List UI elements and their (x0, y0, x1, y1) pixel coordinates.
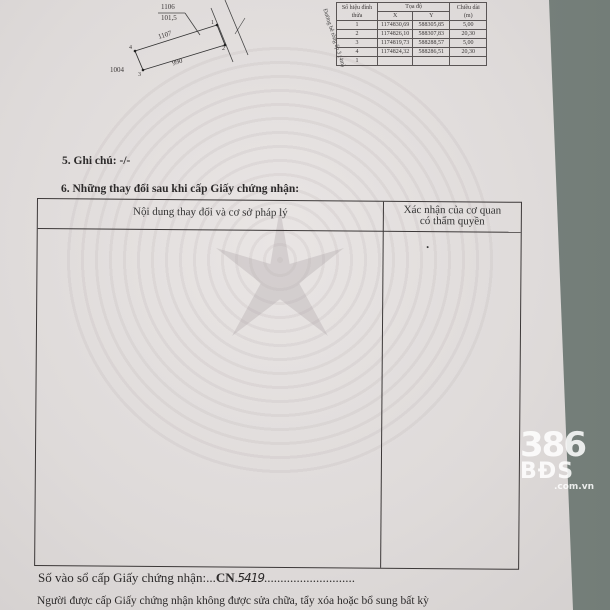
plot-diagram-icon (95, 0, 295, 80)
registration-prefix: CN (216, 570, 235, 585)
cell-length: 5,00 (450, 21, 487, 30)
section-5-notes: 5. Ghi chú: -/- (62, 155, 130, 167)
cell-no: 1 (337, 57, 378, 66)
registration-label: Số vào sổ cấp Giấy chứng nhận:... (38, 570, 216, 585)
table-row: 1 1174830,69 588305,85 5,00 (337, 21, 487, 30)
cell-y: 588288,57 (413, 39, 450, 48)
cell-y: 588307,83 (413, 30, 450, 39)
cell-x: 1174830,69 (378, 21, 413, 30)
cell-y: 588286,51 (413, 48, 450, 57)
header-x: X (378, 12, 413, 21)
table-row: 3 1174819,73 588288,57 5,00 (337, 39, 487, 48)
cell-no: 1 (337, 21, 378, 30)
cell-no: 2 (337, 30, 378, 39)
cell-y: 588305,85 (413, 21, 450, 30)
header-length: Chiều dài (m) (450, 3, 487, 21)
header-coordinates: Tọa độ (378, 3, 450, 12)
cell-length: 5,00 (450, 39, 487, 48)
cell-x: 1174826,10 (378, 30, 413, 39)
cell-length (450, 57, 487, 66)
header-authority-confirmation: Xác nhận của cơ quan có thẩm quyền (384, 202, 521, 228)
cell-length: 20,30 (450, 48, 487, 57)
cell-x: 1174819,73 (378, 39, 413, 48)
cell-no: 4 (337, 48, 378, 57)
cell-length: 20,30 (450, 30, 487, 39)
neighbor-parcel-label: 1004 (110, 66, 124, 74)
table-row: 1 (337, 57, 487, 66)
registration-number-line: Số vào sổ cấp Giấy chứng nhận:...CN.5419… (38, 570, 355, 586)
certificate-page: 1106 101,5 1107 990 1004 1 2 3 4 Đường b… (0, 0, 610, 610)
watermark-number: 386 (520, 428, 600, 462)
vertex-label: 3 (138, 72, 141, 78)
registration-number: .5419 (235, 571, 264, 585)
site-watermark-logo: 386 BĐS .com.vn (520, 428, 600, 492)
column-divider (380, 202, 384, 568)
cell-x (378, 57, 413, 66)
vertex-label: 2 (222, 46, 225, 52)
section-6-title: 6. Những thay đổi sau khi cấp Giấy chứng… (61, 183, 299, 195)
header-y: Y (413, 12, 450, 21)
changes-table: Nội dung thay đổi và cơ sở pháp lý Xác n… (34, 198, 522, 570)
cell-no: 3 (337, 39, 378, 48)
table-row: 4 1174824,32 588286,51 20,30 (337, 48, 487, 57)
registration-dots: ............................ (264, 570, 355, 585)
header-point-no: Số hiệu đỉnh thửa (337, 3, 378, 21)
vertex-label: 1 (211, 20, 214, 26)
vertex-label: 4 (129, 45, 132, 51)
notice-text: Người được cấp Giấy chứng nhận không đượ… (37, 595, 429, 607)
cell-y (413, 57, 450, 66)
cell-x: 1174824,32 (378, 48, 413, 57)
parcel-label: 1106 (161, 3, 175, 11)
table-row: 2 1174826,10 588307,83 20,30 (337, 30, 487, 39)
land-plot-sketch: 1106 101,5 1107 990 1004 1 2 3 4 Đường b… (95, 0, 295, 80)
header-line: có thẩm quyền (384, 216, 521, 228)
watermark-brand: BĐS (520, 462, 600, 482)
header-divider (38, 228, 521, 233)
coordinate-table: Số hiệu đỉnh thửa Tọa độ Chiều dài (m) X… (336, 2, 487, 66)
ink-dot (427, 246, 429, 248)
area-label: 101,5 (161, 14, 177, 22)
header-change-content: Nội dung thay đổi và cơ sở pháp lý (38, 205, 383, 220)
